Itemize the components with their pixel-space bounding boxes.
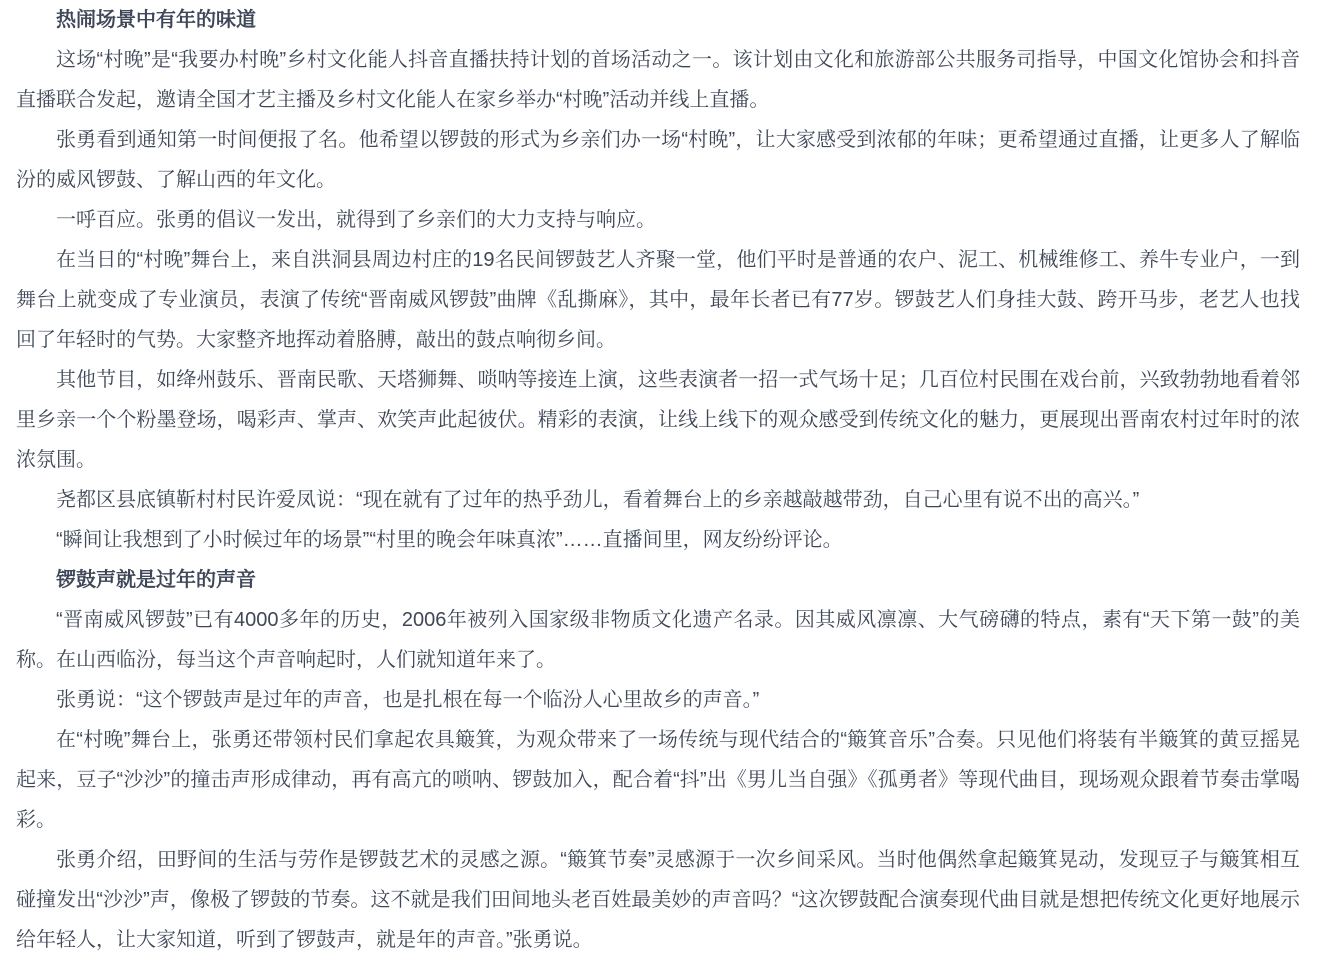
article-paragraph: 一呼百应。张勇的倡议一发出，就得到了乡亲们的大力支持与响应。 [16, 200, 1300, 240]
article-paragraph: 张勇看到通知第一时间便报了名。他希望以锣鼓的形式为乡亲们办一场“村晚”，让大家感… [16, 120, 1300, 200]
section-heading-lively-scene: 热闹场景中有年的味道 [16, 0, 1300, 40]
article-paragraph: 在当日的“村晚”舞台上，来自洪洞县周边村庄的19名民间锣鼓艺人齐聚一堂，他们平时… [16, 240, 1300, 360]
article-paragraph: “晋南威风锣鼓”已有4000多年的历史，2006年被列入国家级非物质文化遗产名录… [16, 600, 1300, 680]
article-paragraph: “瞬间让我想到了小时候过年的场景”“村里的晚会年味真浓”……直播间里，网友纷纷评… [16, 520, 1300, 560]
article-paragraph: 张勇介绍，田野间的生活与劳作是锣鼓艺术的灵感之源。“簸箕节奏”灵感源于一次乡间采… [16, 840, 1300, 960]
article-paragraph: 在“村晚”舞台上，张勇还带领村民们拿起农具簸箕，为观众带来了一场传统与现代结合的… [16, 720, 1300, 840]
article-paragraph: 尧都区县底镇靳村村民许爱凤说：“现在就有了过年的热乎劲儿，看着舞台上的乡亲越敲越… [16, 480, 1300, 520]
article-paragraph: 张勇说：“这个锣鼓声是过年的声音，也是扎根在每一个临汾人心里故乡的声音。” [16, 680, 1300, 720]
article-paragraph: 这场“村晚”是“我要办村晚”乡村文化能人抖音直播扶持计划的首场活动之一。该计划由… [16, 40, 1300, 120]
section-heading-drum-sound: 锣鼓声就是过年的声音 [16, 560, 1300, 600]
article-paragraph: 其他节目，如绛州鼓乐、晋南民歌、天塔狮舞、唢呐等接连上演，这些表演者一招一式气场… [16, 360, 1300, 480]
article-body: 热闹场景中有年的味道 这场“村晚”是“我要办村晚”乡村文化能人抖音直播扶持计划的… [0, 0, 1320, 960]
